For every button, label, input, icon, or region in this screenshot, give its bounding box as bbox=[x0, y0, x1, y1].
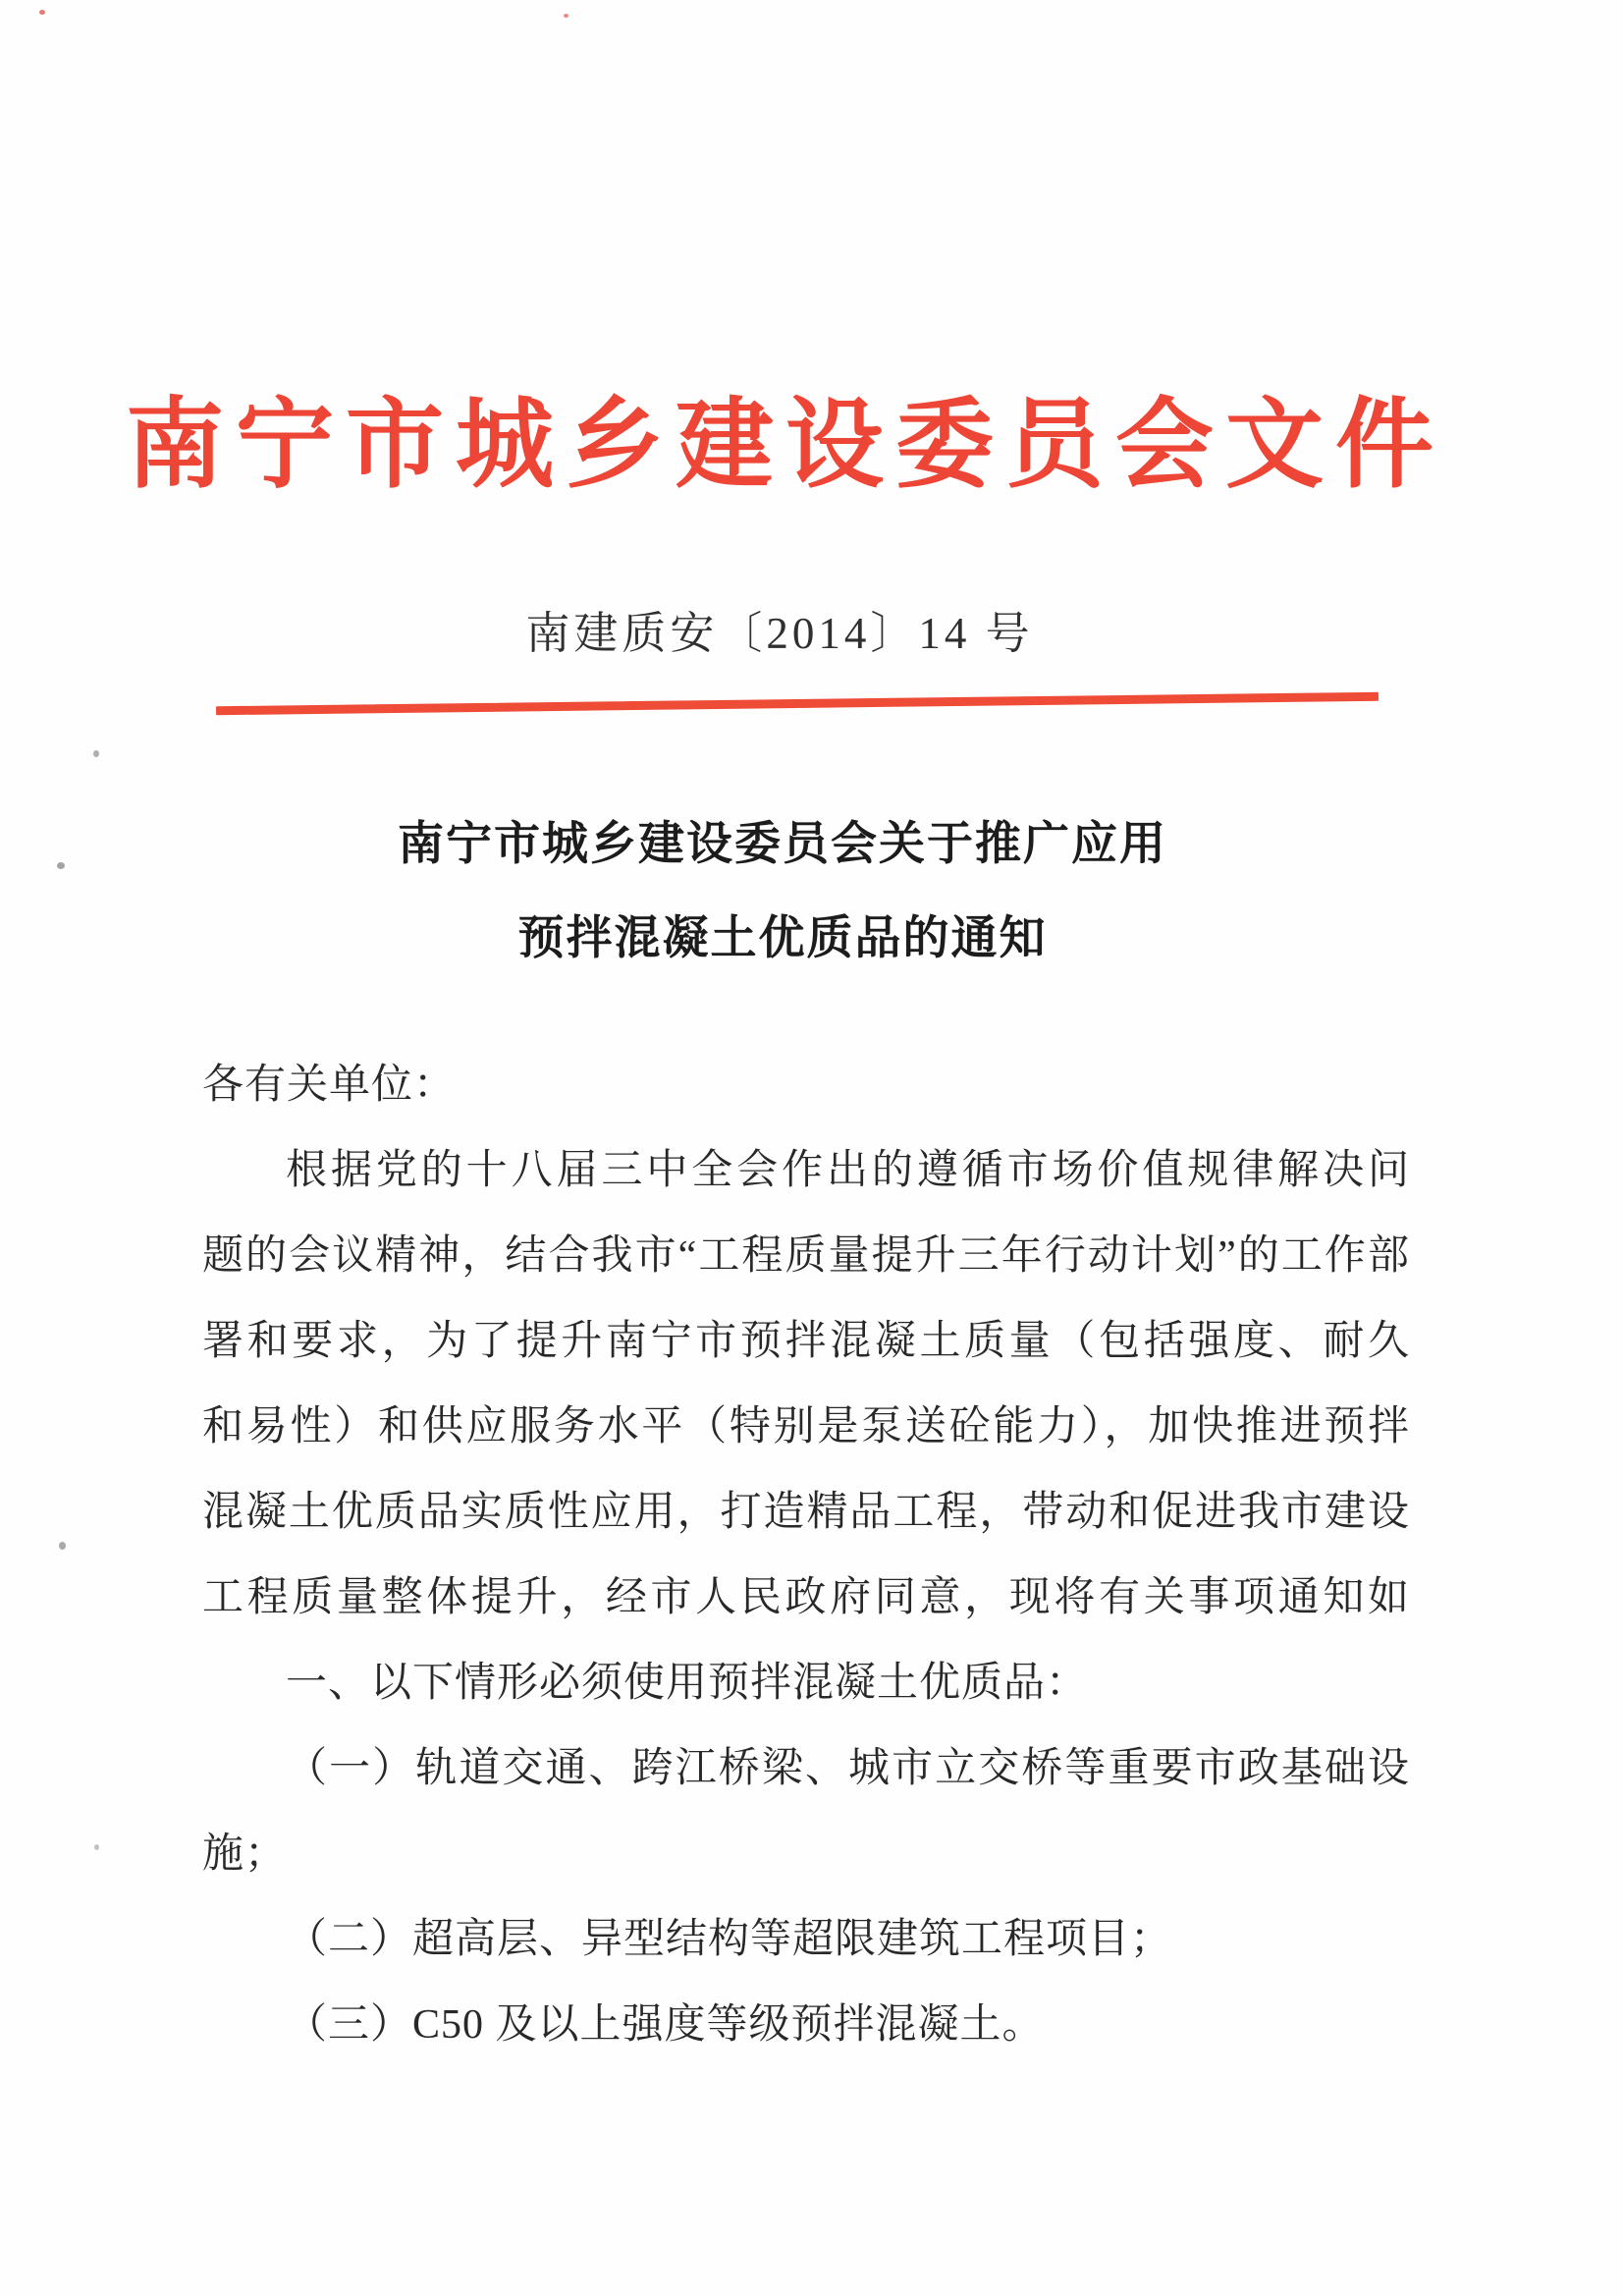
body-text: 各有关单位：根据党的十八届三中全会作出的遵循市场价值规律解决问题的会议精神，结合… bbox=[202, 1043, 1410, 2068]
notice-title-line1: 南宁市城乡建设委员会关于推广应用 bbox=[0, 797, 1565, 892]
body-line: 各有关单位： bbox=[202, 1043, 1410, 1128]
scan-speck bbox=[94, 1844, 99, 1850]
scan-speck bbox=[57, 862, 65, 869]
body-line: 根据党的十八届三中全会作出的遵循市场价值规律解决问 bbox=[202, 1128, 1410, 1214]
notice-title: 南宁市城乡建设委员会关于推广应用 预拌混凝土优质品的通知 bbox=[0, 797, 1565, 986]
scan-speck bbox=[564, 14, 568, 18]
body-line: 署和要求，为了提升南宁市预拌混凝土质量（包括强度、耐久性、 bbox=[202, 1299, 1410, 1385]
body-line: （三）C50 及以上强度等级预拌混凝土。 bbox=[202, 1983, 1410, 2068]
body-line: 施； bbox=[202, 1812, 1410, 1897]
red-divider-line bbox=[216, 692, 1379, 715]
body-line: 混凝土优质品实质性应用，打造精品工程，带动和促进我市建设 bbox=[202, 1470, 1410, 1556]
scan-speck bbox=[39, 10, 45, 15]
scan-speck bbox=[59, 1542, 66, 1550]
notice-title-line2: 预拌混凝土优质品的通知 bbox=[0, 892, 1565, 986]
body-line: 一、以下情形必须使用预拌混凝土优质品： bbox=[202, 1641, 1410, 1726]
body-line: 工程质量整体提升，经市人民政府同意，现将有关事项通知如下： bbox=[202, 1556, 1410, 1641]
body-line: （一）轨道交通、跨江桥梁、城市立交桥等重要市政基础设 bbox=[202, 1726, 1410, 1812]
body-line: 和易性）和供应服务水平（特别是泵送砼能力），加快推进预拌 bbox=[202, 1385, 1410, 1470]
document-number: 南建质安〔2014〕14 号 bbox=[0, 597, 1559, 661]
scan-speck bbox=[93, 750, 99, 757]
body-line: 题的会议精神，结合我市“工程质量提升三年行动计划”的工作部 bbox=[202, 1214, 1410, 1299]
document-page: 南宁市城乡建设委员会文件 南建质安〔2014〕14 号 南宁市城乡建设委员会关于… bbox=[0, 0, 1623, 2296]
agency-title: 南宁市城乡建设委员会文件 bbox=[0, 365, 1571, 507]
body-line: （二）超高层、异型结构等超限建筑工程项目； bbox=[202, 1897, 1410, 1983]
